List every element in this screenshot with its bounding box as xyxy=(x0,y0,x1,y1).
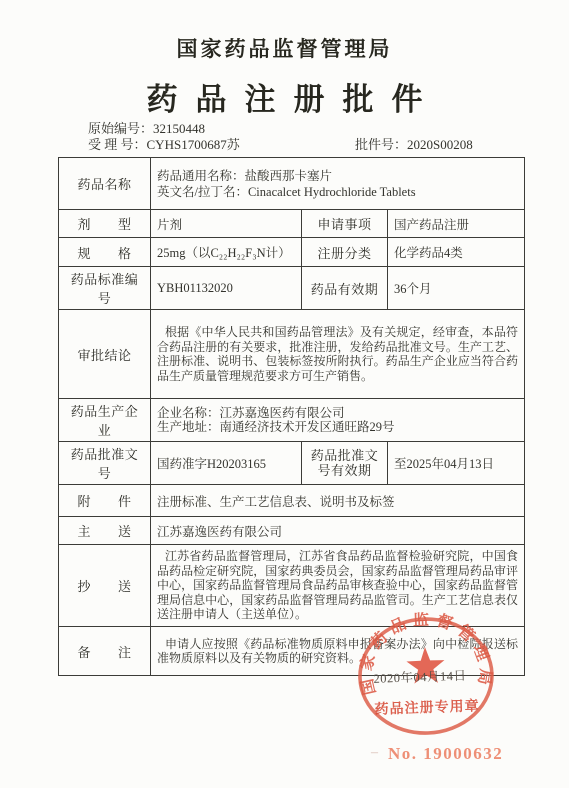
original-number-value: 32150448 xyxy=(153,121,205,136)
specification-label: 规 格 xyxy=(59,238,151,267)
row-standard-number: 药品标准编号 YBH01132020 药品有效期 36个月 xyxy=(59,267,525,310)
manufacturer-label: 药品生产企业 xyxy=(59,399,151,442)
drug-name-value: 药品通用名称：盐酸西那卡塞片 英文名/拉丁名：Cinacalcet Hydroc… xyxy=(151,158,525,210)
seal-caption: 药品注册专用章 xyxy=(374,697,480,718)
cc-label: 抄 送 xyxy=(59,545,151,627)
row-main-recipient: 主 送 江苏嘉逸医药有限公司 xyxy=(59,517,525,545)
manufacturer-name: 企业名称：江苏嘉逸医药有限公司 xyxy=(157,406,518,420)
main-recipient-value: 江苏嘉逸医药有限公司 xyxy=(151,517,525,545)
seal-date: 2020年04月14日 xyxy=(373,668,466,686)
approval-number-value: 2020S00208 xyxy=(407,137,473,152)
dosage-form-value: 片剂 xyxy=(151,210,302,238)
approval-conclusion-label: 审批结论 xyxy=(59,310,151,399)
approval-number-label: 批件号： xyxy=(355,137,407,152)
drug-generic-name: 药品通用名称：盐酸西那卡塞片 xyxy=(157,168,518,184)
application-item-value: 国产药品注册 xyxy=(388,210,525,238)
remarks-label: 备 注 xyxy=(59,627,151,676)
row-dosage-form: 剂 型 片剂 申请事项 国产药品注册 xyxy=(59,210,525,238)
drug-name-label: 药品名称 xyxy=(59,158,151,210)
official-seal: 国家药品监督管理局 2020年04月14日 药品注册专用章 xyxy=(350,609,504,744)
document-title: 药品注册批件 xyxy=(0,74,569,119)
registration-class-value: 化学药品4类 xyxy=(388,238,525,267)
specification-value: 25mg（以C₂₂H₂₂F₃N计） xyxy=(151,238,302,267)
main-recipient-label: 主 送 xyxy=(59,517,151,545)
drug-english-name: 英文名/拉丁名：Cinacalcet Hydrochloride Tablets xyxy=(157,184,518,200)
approval-number-validity-value: 至2025年04月13日 xyxy=(388,442,525,485)
acceptance-number-label: 受 理 号： xyxy=(88,137,147,152)
standard-number-label: 药品标准编号 xyxy=(59,267,151,310)
approval-number-line: 批件号：2020S00208 xyxy=(355,137,473,153)
original-number-line: 原始编号：32150448 xyxy=(88,121,539,137)
agency-title: 国家药品监督管理局 xyxy=(0,33,569,63)
original-number-label: 原始编号： xyxy=(88,121,153,136)
attachments-label: 附 件 xyxy=(59,485,151,517)
row-manufacturer: 药品生产企业 企业名称：江苏嘉逸医药有限公司 生产地址：南通经济技术开发区通旺路… xyxy=(59,399,525,442)
meta-block: 原始编号：32150448 受 理 号：CYHS1700687苏 批件号：202… xyxy=(88,121,539,153)
manufacturer-address: 生产地址：南通经济技术开发区通旺路29号 xyxy=(157,420,518,434)
approval-number-cell-label: 药品批准文号 xyxy=(59,442,151,485)
row-approval-conclusion: 审批结论 根据《中华人民共和国药品管理法》及有关规定，经审查，本品符合药品注册的… xyxy=(59,310,525,399)
row-attachments: 附 件 注册标准、生产工艺信息表、说明书及标签 xyxy=(59,485,525,517)
approval-number-cell-value: 国药准字H20203165 xyxy=(151,442,302,485)
drug-validity-value: 36个月 xyxy=(388,267,525,310)
row-approval-number: 药品批准文号 国药准字H20203165 药品批准文号有效期 至2025年04月… xyxy=(59,442,525,485)
drug-validity-label: 药品有效期 xyxy=(302,267,388,310)
certificate-table: 药品名称 药品通用名称：盐酸西那卡塞片 英文名/拉丁名：Cinacalcet H… xyxy=(58,157,525,676)
acceptance-number-value: CYHS1700687苏 xyxy=(147,137,240,152)
dosage-form-label: 剂 型 xyxy=(59,210,151,238)
registration-class-label: 注册分类 xyxy=(302,238,388,267)
serial-number: No. 19000632 xyxy=(388,744,503,764)
standard-number-value: YBH01132020 xyxy=(151,267,302,310)
serial-dash-mark: – xyxy=(371,745,378,761)
approval-number-validity-label: 药品批准文号有效期 xyxy=(302,442,388,485)
application-item-label: 申请事项 xyxy=(302,210,388,238)
row-specification: 规 格 25mg（以C₂₂H₂₂F₃N计） 注册分类 化学药品4类 xyxy=(59,238,525,267)
attachments-value: 注册标准、生产工艺信息表、说明书及标签 xyxy=(151,485,525,517)
approval-conclusion-text: 根据《中华人民共和国药品管理法》及有关规定，经审查，本品符合药品注册的有关要求，… xyxy=(157,325,518,383)
row-drug-name: 药品名称 药品通用名称：盐酸西那卡塞片 英文名/拉丁名：Cinacalcet H… xyxy=(59,158,525,210)
